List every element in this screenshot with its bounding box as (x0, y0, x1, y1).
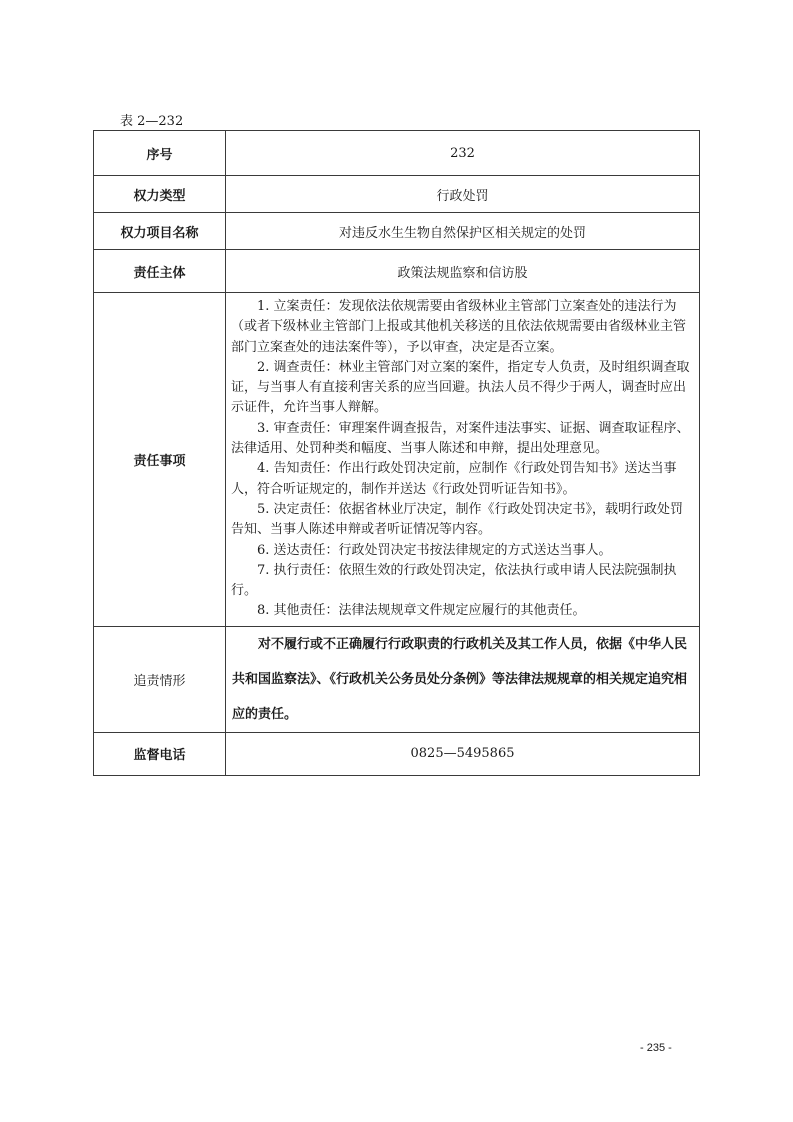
duty-item: 2. 调查责任：林业主管部门对立案的案件，指定专人负责，及时组织调查取证，与当事… (231, 358, 695, 419)
accountability-label: 追责情形 (94, 626, 226, 732)
duty-item: 3. 审查责任：审理案件调查报告，对案件违法事实、证据、调查取证程序、法律适用、… (231, 419, 695, 460)
seq-value: 232 (226, 131, 700, 176)
duty-item: 1. 立案责任：发现依法依规需要由省级林业主管部门立案查处的违法行为（或者下级林… (231, 297, 695, 358)
phone-label: 监督电话 (94, 732, 226, 775)
item-name-value: 对违反水生生物自然保护区相关规定的处罚 (226, 213, 700, 250)
accountability-value: 对不履行或不正确履行行政职责的行政机关及其工作人员，依据《中华人民共和国监察法》… (226, 626, 700, 732)
duty-item: 6. 送达责任：行政处罚决定书按法律规定的方式送达当事人。 (231, 541, 695, 561)
duty-item: 5. 决定责任：依据省林业厅决定，制作《行政处罚决定书》，载明行政处罚告知、当事… (231, 500, 695, 541)
table-row-power-type: 权力类型 行政处罚 (94, 176, 700, 213)
power-type-label: 权力类型 (94, 176, 226, 213)
power-responsibility-table: 序号 232 权力类型 行政处罚 权力项目名称 对违反水生生物自然保护区相关规定… (93, 130, 700, 776)
table-row-seq: 序号 232 (94, 131, 700, 176)
table-caption: 表 2—232 (120, 110, 183, 129)
item-name-label: 权力项目名称 (94, 213, 226, 250)
table-row-accountability: 追责情形 对不履行或不正确履行行政职责的行政机关及其工作人员，依据《中华人民共和… (94, 626, 700, 732)
table-row-subject: 责任主体 政策法规监察和信访股 (94, 250, 700, 293)
subject-label: 责任主体 (94, 250, 226, 293)
subject-value: 政策法规监察和信访股 (226, 250, 700, 293)
seq-label: 序号 (94, 131, 226, 176)
duties-label: 责任事项 (94, 293, 226, 627)
table-row-item-name: 权力项目名称 对违反水生生物自然保护区相关规定的处罚 (94, 213, 700, 250)
accountability-text: 对不履行或不正确履行行政职责的行政机关及其工作人员，依据《中华人民共和国监察法》… (232, 627, 693, 732)
table-row-phone: 监督电话 0825—5495865 (94, 732, 700, 775)
phone-value: 0825—5495865 (226, 732, 700, 775)
duty-item: 7. 执行责任：依照生效的行政处罚决定，依法执行或申请人民法院强制执行。 (231, 561, 695, 602)
duty-item: 4. 告知责任：作出行政处罚决定前，应制作《行政处罚告知书》送达当事人，符合听证… (231, 459, 695, 500)
duties-list: 1. 立案责任：发现依法依规需要由省级林业主管部门立案查处的违法行为（或者下级林… (226, 293, 700, 627)
page-number: - 235 - (640, 1042, 672, 1054)
power-type-value: 行政处罚 (226, 176, 700, 213)
table-row-duties: 责任事项 1. 立案责任：发现依法依规需要由省级林业主管部门立案查处的违法行为（… (94, 293, 700, 627)
duty-item: 8. 其他责任：法律法规规章文件规定应履行的其他责任。 (231, 601, 695, 621)
